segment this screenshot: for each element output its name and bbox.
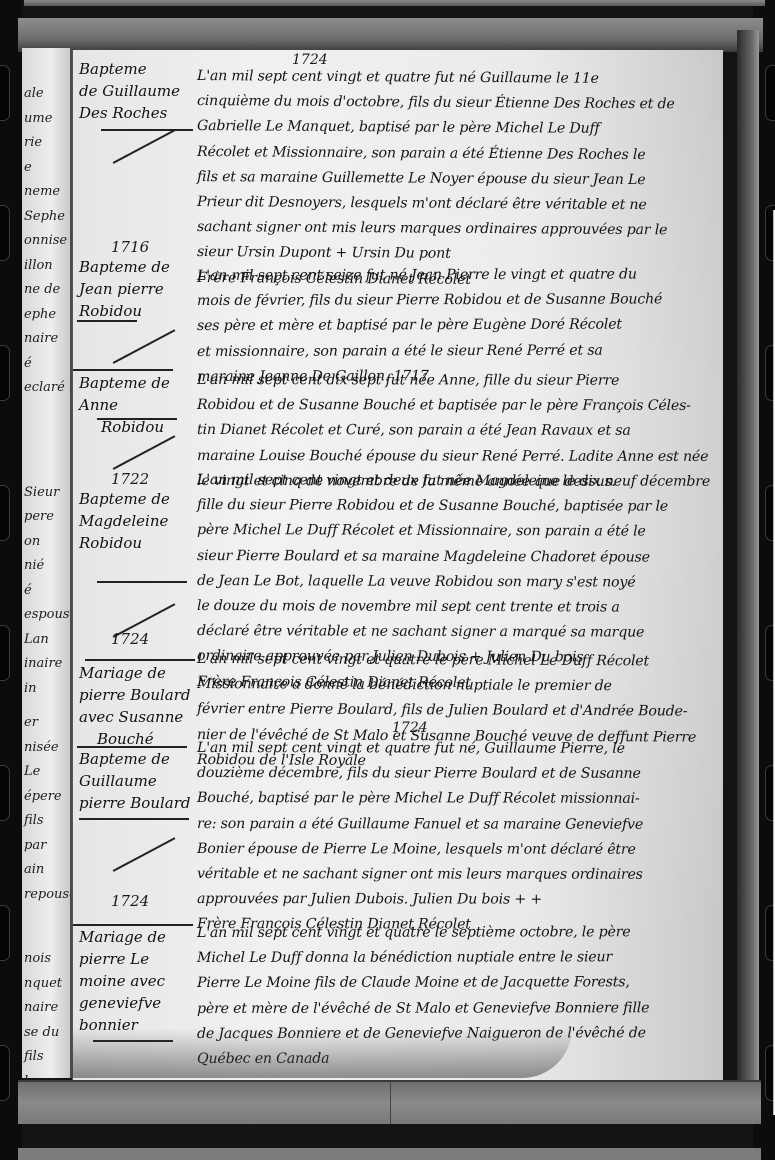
previous-page-text: neme [24, 184, 60, 199]
margin-note-bapteme-guillaume-pierre-boulard: Bapteme de Guillaume pierre Boulard [79, 748, 199, 814]
margin-note-bapteme-jean-pierre-robidou: 1716 Bapteme de Jean pierre Robidou [79, 238, 199, 322]
previous-page-text: naire [24, 331, 58, 346]
register-line: Bouché, baptisé par le père Michel Le Du… [197, 790, 640, 807]
previous-page-text: ume [24, 111, 52, 126]
margin-label: Magdeleine [79, 510, 199, 532]
cancel-slash [113, 837, 176, 871]
margin-column: Bapteme de Guillaume Des Roches 1716 Bap… [73, 50, 199, 1080]
previous-page-text: e [24, 160, 32, 175]
register-line: tin Dianet Récolet et Curé, son parain a… [197, 422, 631, 439]
previous-page-fragment: aleumerieenemeSepheonniseillonne deephen… [22, 48, 72, 1078]
margin-label: Guillaume [79, 770, 199, 792]
sprocket-hole [0, 905, 10, 961]
previous-page-text: nié [24, 558, 44, 573]
register-line: déclaré être véritable et ne sachant sig… [197, 623, 644, 641]
register-line: Pierre Le Moine fils de Claude Moine et … [197, 975, 630, 992]
register-line: Récolet et Missionnaire, son parain a ét… [197, 144, 646, 163]
previous-page-text: ain [24, 862, 44, 877]
book-top-edge [18, 18, 763, 52]
previous-page-text: fils [24, 1049, 44, 1064]
margin-label: Bapteme de [79, 488, 199, 510]
previous-page-text: ale [24, 86, 44, 101]
margin-label: Bapteme [79, 58, 199, 80]
register-text: 1724 1724 L'an mil sept cent vingt et qu… [197, 50, 727, 1080]
margin-label: moine avec [79, 970, 199, 992]
sprocket-hole [0, 765, 10, 821]
previous-page-text: rie [24, 135, 42, 150]
margin-label: Bapteme de [79, 256, 199, 278]
register-line: Gabrielle Le Manquet, baptisé par le pèr… [197, 118, 600, 137]
previous-page-text: Sieur [24, 485, 59, 500]
margin-note-mariage-le-moine-bonnier: 1724 [79, 892, 199, 910]
sprocket-hole [0, 625, 10, 681]
previous-page-text: nois [24, 951, 51, 966]
book-right-edge [737, 30, 759, 1120]
previous-page-text: Sephe [24, 209, 65, 224]
margin-note-bapteme-anne-robidou: Bapteme de Anne Robidou [79, 372, 199, 438]
book-bottom-edge [18, 1080, 761, 1124]
margin-note-mariage-label: Mariage de pierre Boulard avec Susanne B… [79, 662, 199, 750]
register-line: L'an mil sept cent dix sept fut née Anne… [197, 372, 619, 389]
register-line: L'an mil sept cent vingt et quatre fut n… [197, 740, 625, 757]
register-line: de Jean Le Bot, laquelle La veuve Robido… [197, 573, 635, 591]
previous-page-text: par [24, 838, 46, 853]
margin-note-bapteme-magdeleine-robidou: 1722 Bapteme de Magdeleine Robidou [79, 470, 199, 554]
sprocket-hole [765, 65, 775, 121]
register-line: Missionnaire a donné la bénédiction nupt… [197, 676, 612, 694]
page-shadow [72, 1028, 572, 1078]
margin-rule [77, 320, 137, 322]
margin-rule [101, 129, 193, 131]
sprocket-hole [0, 205, 10, 261]
margin-label: Bapteme de [79, 748, 199, 770]
margin-rule [97, 418, 177, 420]
previous-page-text: in [24, 681, 37, 696]
sprocket-hole [0, 1045, 10, 1101]
cancel-slash [113, 129, 176, 163]
entry-year: 1724 [292, 52, 328, 68]
previous-page-text: ephe [24, 307, 56, 322]
previous-page-text: on [24, 534, 40, 549]
margin-rule [85, 659, 195, 661]
register-line: février entre Pierre Boulard, fils de Ju… [197, 701, 687, 720]
margin-label: Mariage de [79, 926, 199, 948]
margin-label: Mariage de [79, 662, 199, 684]
margin-label: Robidou [79, 532, 199, 554]
register-line: cinquième du mois d'octobre, fils du sie… [197, 93, 675, 112]
margin-rule [73, 369, 173, 371]
register-line: approuvées par Julien Dubois. Julien Du … [197, 891, 542, 908]
register-line: sieur Ursin Dupont + Ursin Du pont [197, 244, 451, 262]
previous-page-text: Le [24, 764, 40, 779]
sprocket-hole [0, 345, 10, 401]
previous-page-text: onnise [24, 233, 67, 248]
previous-page-text: épere [24, 789, 62, 804]
register-line: Prieur dit Desnoyers, lesquels m'ont déc… [197, 194, 647, 213]
previous-page-text: repouse [24, 887, 72, 902]
register-line: Robidou et de Susanne Bouché et baptisée… [197, 397, 691, 414]
margin-label: de Guillaume [79, 80, 199, 102]
register-line: père Michel Le Duff Récolet et Missionna… [197, 522, 646, 540]
previous-page-text: inaire [24, 656, 62, 671]
previous-page-text: nquet [24, 976, 62, 991]
register-page: Bapteme de Guillaume Des Roches 1716 Bap… [72, 50, 723, 1080]
register-line: L'an mil sept cent vingt et quatre le pè… [197, 651, 649, 669]
register-line: L'an mil sept cent vingt et deux fut née… [197, 472, 710, 490]
register-line: fils et sa maraine Guillemette Le Noyer … [197, 169, 646, 188]
previous-page-text: illon [24, 258, 53, 273]
sprocket-hole [0, 485, 10, 541]
register-line: mois de février, fils du sieur Pierre Ro… [197, 292, 662, 310]
previous-page-text: fils [24, 813, 44, 828]
margin-year: 1724 [79, 892, 199, 910]
register-line: Bonier épouse de Pierre Le Moine, lesque… [197, 841, 636, 858]
film-strip-left [0, 0, 22, 1160]
cancel-slash [113, 329, 176, 363]
margin-label: pierre Boulard [79, 684, 199, 706]
adjacent-frame-edge [18, 1148, 761, 1160]
previous-page-text: ne de [24, 282, 60, 297]
register-line: Michel Le Duff donna la bénédiction nupt… [197, 949, 612, 966]
register-line: ses père et mère et baptisé par le père … [197, 317, 622, 334]
margin-label: geneviefve [79, 992, 199, 1014]
previous-page-text: naire [24, 1000, 58, 1015]
margin-note-mariage-boulard-bouche: 1724 [79, 630, 199, 648]
previous-page-text: Lan [24, 632, 49, 647]
margin-rule [79, 818, 189, 820]
register-line: sieur Pierre Boulard et sa maraine Magde… [197, 548, 650, 566]
register-line: L'an mil sept cent vingt et quatre le se… [197, 924, 631, 941]
previous-page-text: er [24, 715, 38, 730]
margin-year: 1716 [79, 238, 199, 256]
margin-rule [97, 581, 187, 583]
margin-label: pierre Le [79, 948, 199, 970]
margin-label: pierre Boulard [79, 792, 199, 814]
register-line: le douze du mois de novembre mil sept ce… [197, 598, 620, 615]
register-line: sachant signer ont mis leurs marques ord… [197, 219, 667, 238]
register-line: véritable et ne sachant signer ont mis l… [197, 866, 643, 883]
previous-page-text: pere [24, 509, 54, 524]
margin-label: Bapteme de Anne [79, 372, 199, 416]
register-line: et missionnaire, son parain a été le sie… [197, 342, 603, 359]
margin-note-mariage-label: Mariage de pierre Le moine avec genevief… [79, 926, 199, 1036]
margin-year: 1724 [79, 630, 199, 648]
previous-page-text: nisée [24, 740, 59, 755]
previous-page-text: le [24, 1074, 36, 1079]
previous-page-text: espouse [24, 607, 72, 622]
register-line: père et mère de l'évêché de St Malo et G… [197, 1000, 649, 1017]
previous-page-text: é [24, 356, 32, 371]
adjacent-frame-edge [24, 0, 765, 6]
previous-page-text: eclaré [24, 380, 65, 395]
previous-page-text: é [24, 583, 32, 598]
sprocket-hole [0, 65, 10, 121]
previous-page-text: se du [24, 1025, 59, 1040]
margin-note-bapteme-guillaume-des-roches: Bapteme de Guillaume Des Roches [79, 58, 199, 124]
margin-label: Des Roches [79, 102, 199, 124]
margin-label: avec Susanne [79, 706, 199, 728]
register-line: re: son parain a été Guillaume Fanuel et… [197, 816, 643, 833]
register-line: maraine Louise Bouché épouse du sieur Re… [197, 448, 708, 465]
margin-year: 1722 [79, 470, 199, 488]
margin-label: Robidou [79, 300, 199, 322]
register-line: L'an mil sept cent vingt et quatre fut n… [197, 68, 599, 87]
margin-label: Jean pierre [79, 278, 199, 300]
register-line: L'an mil sept cent seize fut né Jean Pie… [197, 266, 637, 284]
cancel-slash [113, 435, 176, 469]
register-line: fille du sieur Pierre Robidou et de Susa… [197, 497, 668, 515]
register-line: douzième décembre, fils du sieur Pierre … [197, 765, 641, 782]
